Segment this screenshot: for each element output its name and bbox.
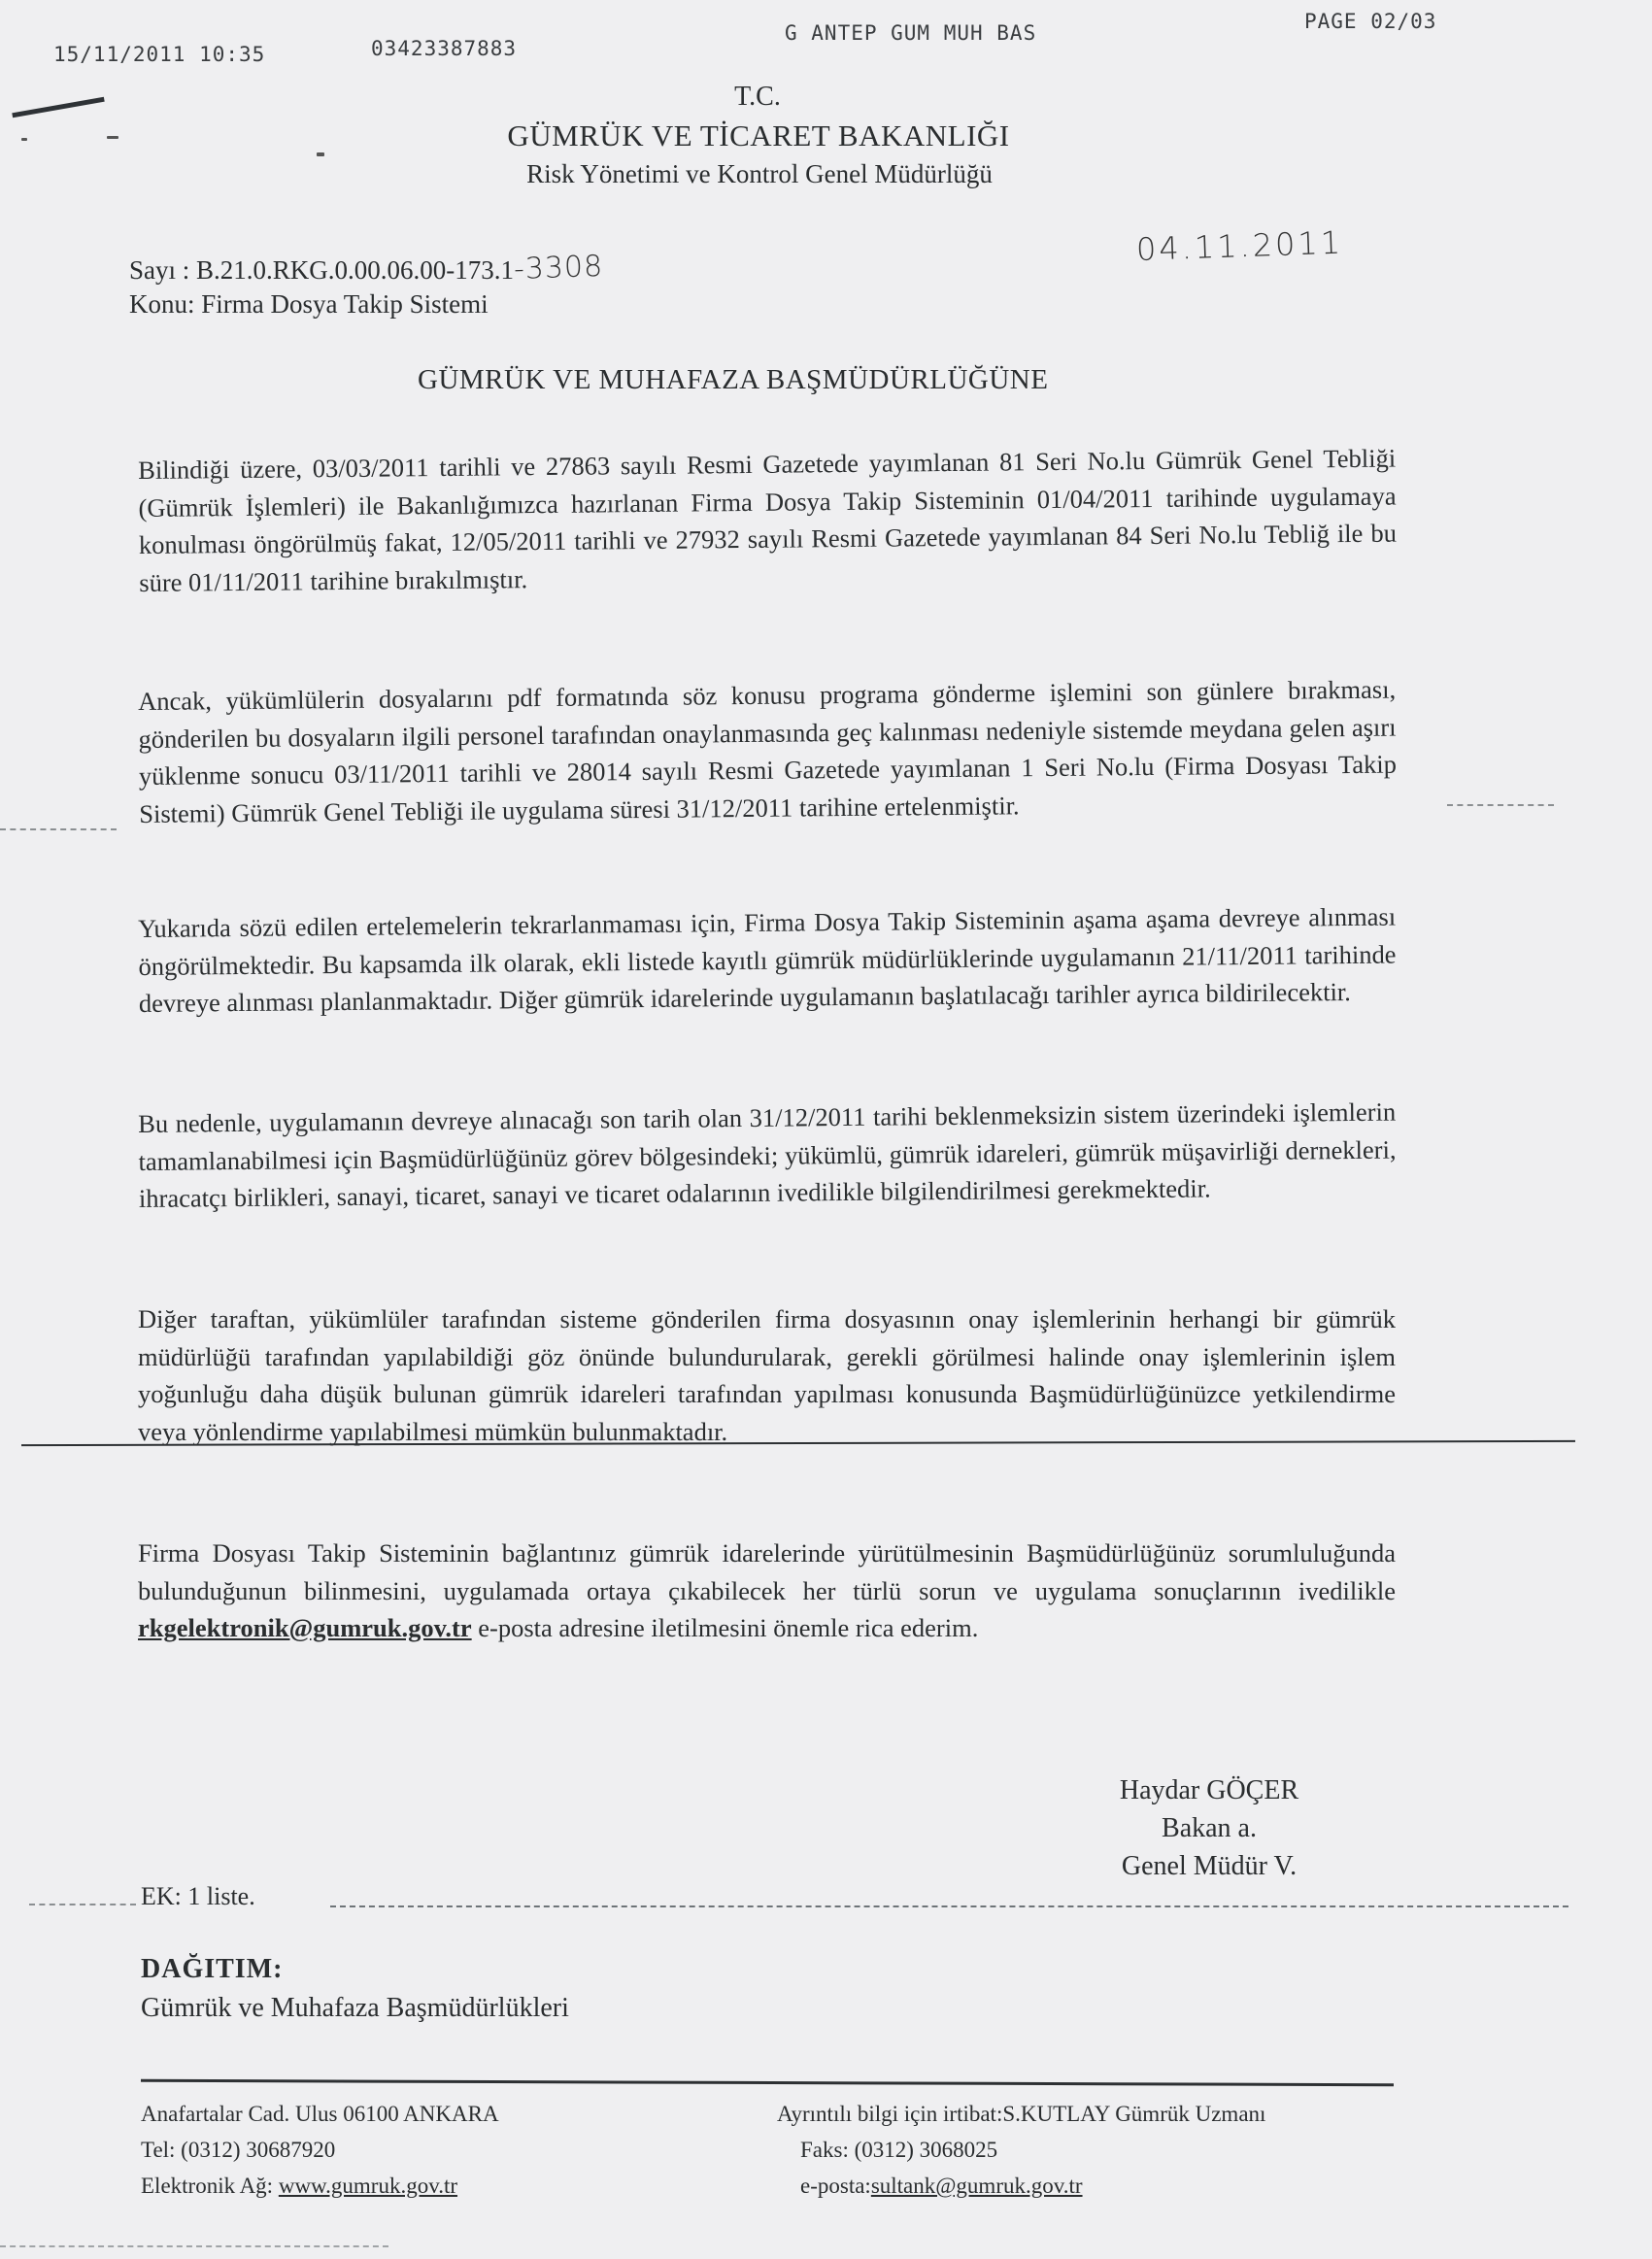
footer-right: Ayrıntılı bilgi için irtibat:S.KUTLAY Gü… (777, 2096, 1265, 2204)
footer-divider (141, 2079, 1394, 2087)
fax-phone: 03423387883 (371, 37, 517, 60)
closing-text-before: Firma Dosyası Takip Sisteminin bağlantın… (138, 1538, 1396, 1605)
attachment-note: EK: 1 liste. (141, 1882, 255, 1911)
reference-value: B.21.0.RKG.0.00.06.00-173.1 (196, 255, 514, 285)
scan-line (1447, 804, 1554, 806)
footer-contact-person: Ayrıntılı bilgi için irtibat:S.KUTLAY Gü… (777, 2096, 1265, 2132)
body-paragraph-3: Yukarıda sözü edilen ertelemelerin tekra… (138, 898, 1397, 1023)
body-paragraph-5: Diğer taraftan, yükümlüler tarafından si… (138, 1300, 1396, 1450)
footer-web-label: Elektronik Ağ: (141, 2174, 279, 2198)
footer-phone: Tel: (0312) 30687920 (141, 2132, 499, 2168)
fax-datetime: 15/11/2011 10:35 (53, 43, 265, 66)
scan-line (330, 1905, 1568, 1907)
reference-handwritten-number: -3308 (513, 250, 603, 287)
fax-page-number: PAGE 02/03 (1304, 10, 1436, 33)
signature-block: Haydar GÖÇER Bakan a. Genel Müdür V. (1083, 1771, 1335, 1885)
footer-email: e-posta:sultank@gumruk.gov.tr (777, 2168, 1265, 2204)
website-link[interactable]: www.gumruk.gov.tr (279, 2174, 457, 2198)
reference-label: Sayı : (129, 255, 196, 285)
distribution-recipients: Gümrük ve Muhafaza Başmüdürlükleri (141, 1993, 569, 2024)
subject-value: Firma Dosya Takip Sistemi (201, 289, 488, 319)
closing-text-after: e-posta adresine iletilmesini önemle ric… (472, 1613, 979, 1642)
scan-line (0, 2245, 388, 2247)
signatory-title-2: Genel Müdür V. (1083, 1847, 1335, 1885)
letterhead-department: Risk Yönetimi ve Kontrol Genel Müdürlüğü (0, 159, 1519, 189)
footer-address: Anafartalar Cad. Ulus 06100 ANKARA (141, 2096, 499, 2132)
body-paragraph-1: Bilindiği üzere, 03/03/2011 tarihli ve 2… (138, 440, 1397, 601)
footer-email-link[interactable]: sultank@gumruk.gov.tr (871, 2174, 1083, 2198)
footer-web: Elektronik Ağ: www.gumruk.gov.tr (141, 2168, 499, 2204)
fax-sender: G ANTEP GUM MUH BAS (785, 21, 1036, 45)
letterhead-tc: T.C. (0, 82, 1515, 113)
addressee: GÜMRÜK VE MUHAFAZA BAŞMÜDÜRLÜĞÜNE (418, 364, 1048, 396)
signatory-name: Haydar GÖÇER (1083, 1771, 1335, 1809)
scan-line (0, 828, 117, 830)
footer-email-label: e-posta: (800, 2174, 871, 2198)
subject-line: Konu: Firma Dosya Takip Sistemi (129, 289, 489, 320)
handwritten-date: 04.11.2011 (1135, 224, 1343, 268)
distribution-title: DAĞITIM: (141, 1954, 283, 1985)
footer-left: Anafartalar Cad. Ulus 06100 ANKARA Tel: … (141, 2096, 499, 2204)
subject-label: Konu: (129, 289, 201, 319)
body-paragraph-2: Ancak, yükümlülerin dosyalarını pdf form… (138, 671, 1397, 832)
reference-number: Sayı : B.21.0.RKG.0.00.06.00-173.1-3308 (129, 253, 603, 287)
body-paragraph-4: Bu nedenle, uygulamanın devreye alınacağ… (138, 1094, 1397, 1218)
contact-email-link[interactable]: rkgelektronik@gumruk.gov.tr (138, 1613, 472, 1642)
letterhead-ministry: GÜMRÜK VE TİCARET BAKANLIĞI (0, 118, 1517, 153)
signatory-title-1: Bakan a. (1083, 1809, 1335, 1847)
body-paragraph-closing: Firma Dosyası Takip Sisteminin bağlantın… (138, 1534, 1396, 1647)
footer-fax: Faks: (0312) 3068025 (777, 2132, 1265, 2168)
scan-line (29, 1904, 136, 1905)
